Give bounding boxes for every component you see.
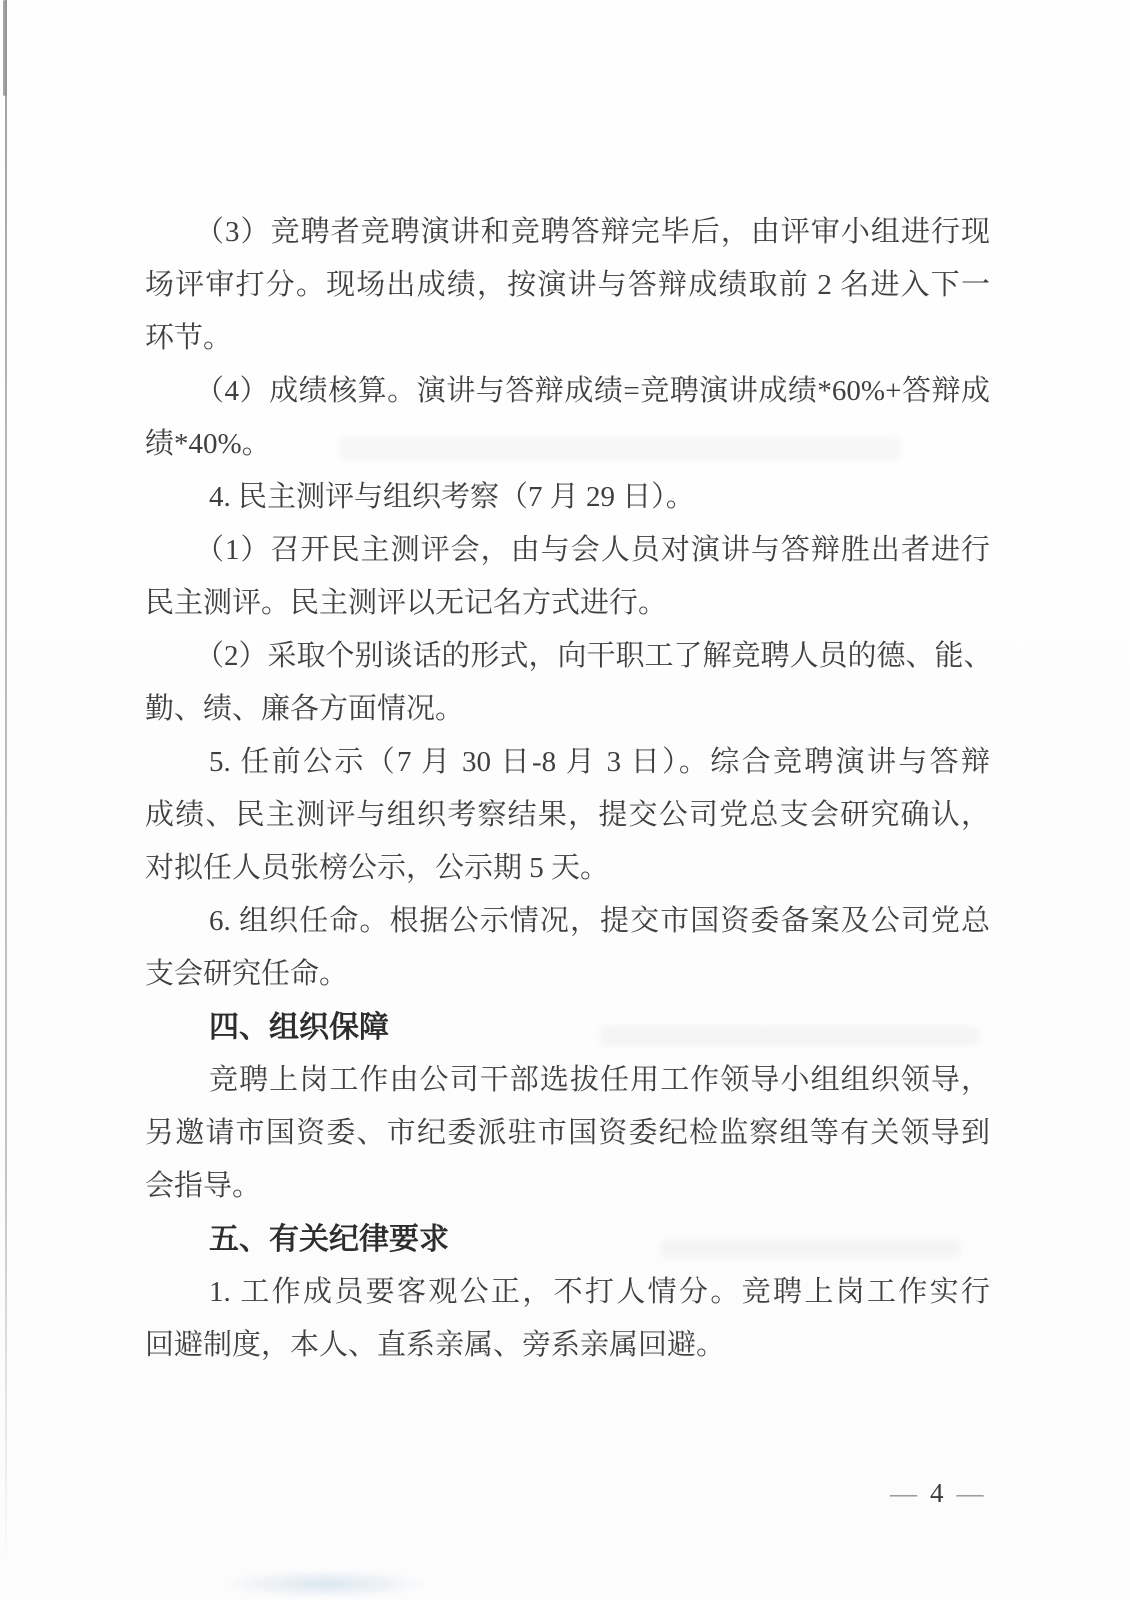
text-line: 勤、绩、廉各方面情况。 xyxy=(145,683,990,736)
page-number: —4— xyxy=(890,1478,985,1509)
scan-edge-artifact xyxy=(5,0,7,1565)
page-number-value: 4 xyxy=(918,1478,957,1508)
text-line: 环节。 xyxy=(145,312,990,365)
text-line: 成绩、民主测评与组织考察结果，提交公司党总支会研究确认， xyxy=(145,789,990,842)
text-line: （1）召开民主测评会，由与会人员对演讲与答辩胜出者进行 xyxy=(145,524,990,577)
document-body: （3）竞聘者竞聘演讲和竞聘答辩完毕后，由评审小组进行现 场评审打分。现场出成绩，… xyxy=(145,206,990,1372)
text-line: 民主测评。民主测评以无记名方式进行。 xyxy=(145,577,990,630)
document-page: （3）竞聘者竞聘演讲和竞聘答辩完毕后，由评审小组进行现 场评审打分。现场出成绩，… xyxy=(0,0,1130,1600)
text-line: 回避制度，本人、直系亲属、旁系亲属回避。 xyxy=(145,1319,990,1372)
scan-edge-notch-artifact xyxy=(3,0,7,96)
section-heading: 四、组织保障 xyxy=(145,1001,990,1054)
section-heading: 五、有关纪律要求 xyxy=(145,1213,990,1266)
text-line: 支会研究任命。 xyxy=(145,948,990,1001)
page-number-dash-left: — xyxy=(890,1478,918,1508)
text-line: 6. 组织任命。根据公示情况，提交市国资委备案及公司党总 xyxy=(145,895,990,948)
text-line: （3）竞聘者竞聘演讲和竞聘答辩完毕后，由评审小组进行现 xyxy=(145,206,990,259)
text-line: 1. 工作成员要客观公正，不打人情分。竞聘上岗工作实行 xyxy=(145,1266,990,1319)
text-line: 5. 任前公示（7 月 30 日-8 月 3 日）。综合竞聘演讲与答辩 xyxy=(145,736,990,789)
page-number-dash-right: — xyxy=(957,1478,985,1508)
text-line: 绩*40%。 xyxy=(145,418,990,471)
text-line: 4. 民主测评与组织考察（7 月 29 日）。 xyxy=(145,471,990,524)
text-line: 另邀请市国资委、市纪委派驻市国资委纪检监察组等有关领导到 xyxy=(145,1107,990,1160)
text-line: （2）采取个别谈话的形式，向干职工了解竞聘人员的德、能、 xyxy=(145,630,990,683)
text-line: 场评审打分。现场出成绩，按演讲与答辩成绩取前 2 名进入下一 xyxy=(145,259,990,312)
text-line: 会指导。 xyxy=(145,1160,990,1213)
text-line: 竞聘上岗工作由公司干部选拔任用工作领导小组组织领导， xyxy=(145,1054,990,1107)
text-line: （4）成绩核算。演讲与答辩成绩=竞聘演讲成绩*60%+答辩成 xyxy=(145,365,990,418)
scan-smudge-artifact xyxy=(220,1570,430,1598)
text-line: 对拟任人员张榜公示，公示期 5 天。 xyxy=(145,842,990,895)
